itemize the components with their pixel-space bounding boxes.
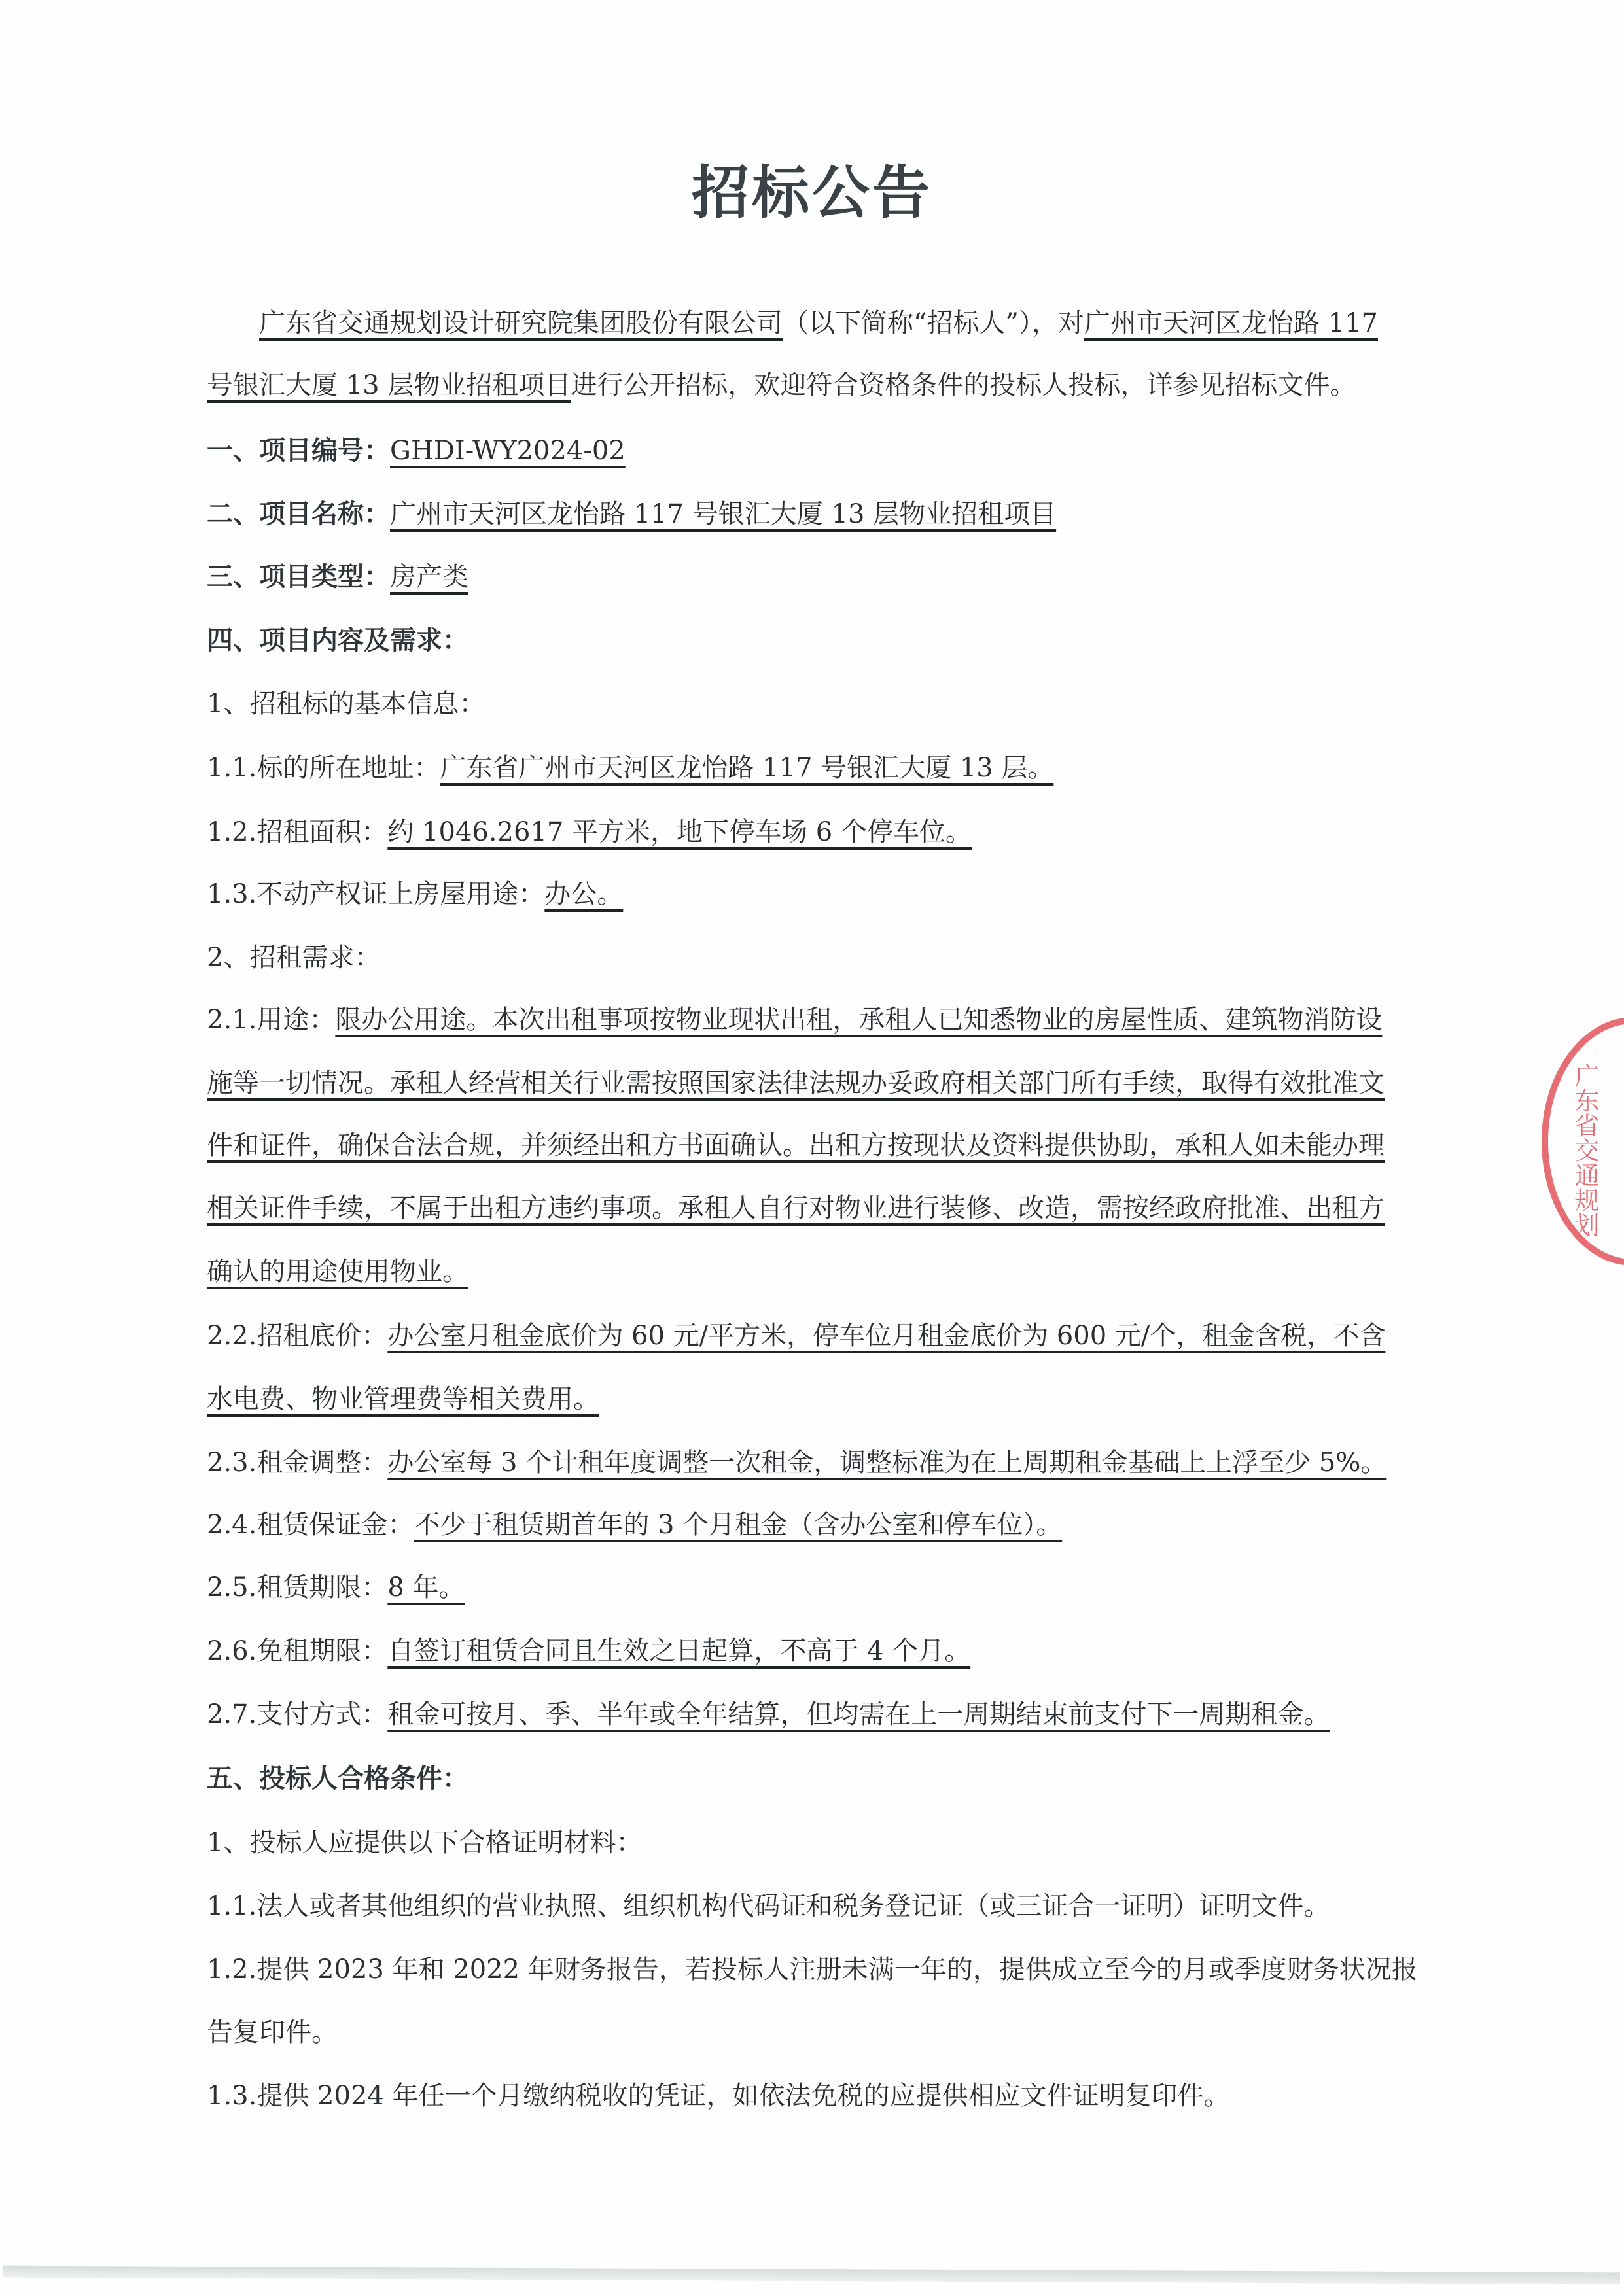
req-usage-line-5: 确认的用途使用物业。 [207,1256,468,1287]
req-payment-method: 2.7.支付方式：租金可按月、季、半年或全年结算，但均需在上一周期结束前支付下一… [207,1699,1330,1730]
req-label: 2.5.租赁期限： [207,1573,387,1603]
section-project-number: 一、项目编号：GHDI-WY2024-02 [207,435,626,466]
req-usage-line-1: 2.1.用途：限办公用途。本次出租事项按物业现状出租，承租人已知悉物业的房屋性质… [207,1004,1382,1035]
info-value: 办公。 [544,879,623,909]
project-location: 广州市天河区龙怡路 117 [1084,308,1378,338]
req-label: 2.1.用途： [207,1005,335,1035]
section-label: 一、项目编号： [207,436,390,466]
page-title: 招标公告 [0,147,1624,230]
req-value: 办公室月租金底价为 60 元/平方米，停车位月租金底价为 600 元/个，租金含… [387,1321,1385,1351]
section-content-requirements: 四、项目内容及需求： [207,625,468,656]
project-name: 广州市天河区龙怡路 117 号银汇大厦 13 层物业招租项目 [390,499,1056,529]
qualification-2-line-1: 1.2.提供 2023 年和 2022 年财务报告，若投标人注册未满一年的，提供… [207,1954,1418,1985]
info-value: 约 1046.2617 平方米，地下停车场 6 个停车位。 [387,817,972,847]
tenderer-name: 广东省交通规划设计研究院集团股份有限公司 [259,308,783,338]
req-value: 8 年。 [387,1573,465,1603]
project-type: 房产类 [390,562,468,592]
intro-text-cont: 进行公开招标，欢迎符合资格条件的投标人投标，详参见招标文件。 [571,370,1356,400]
req-value: 自签订租赁合同且生效之日起算，不高于 4 个月。 [387,1636,970,1666]
req-deposit: 2.4.租赁保证金：不少于租赁期首年的 3 个月租金（含办公室和停车位）。 [207,1509,1062,1540]
req-value: 限办公用途。本次出租事项按物业现状出租，承租人已知悉物业的房屋性质、建筑物消防设 [335,1005,1382,1035]
project-number: GHDI-WY2024-02 [390,436,626,466]
req-label: 2.7.支付方式： [207,1699,387,1730]
section-label: 二、项目名称： [207,499,390,529]
req-reserve-price-line-2: 水电费、物业管理费等相关费用。 [207,1383,599,1415]
section-bidder-qualifications: 五、投标人合格条件： [207,1763,468,1794]
info-area: 1.2.招租面积：约 1046.2617 平方米，地下停车场 6 个停车位。 [207,816,972,848]
req-usage-line-4: 相关证件手续，不属于出租方违约事项。承租人自行对物业进行装修、改造，需按经政府批… [207,1192,1385,1224]
info-label: 1.3.不动产权证上房屋用途： [207,879,544,909]
req-lease-term: 2.5.租赁期限：8 年。 [207,1572,465,1603]
intro-line-2: 号银汇大厦 13 层物业招租项目进行公开招标，欢迎符合资格条件的投标人投标，详参… [207,370,1356,401]
info-usage: 1.3.不动产权证上房屋用途：办公。 [207,878,623,910]
req-label: 2.6.免租期限： [207,1636,387,1666]
req-rent-free: 2.6.免租期限：自签订租赁合同且生效之日起算，不高于 4 个月。 [207,1635,970,1667]
document-page: 招标公告 广东省交通规划设计研究院集团股份有限公司（以下简称“招标人”），对广州… [0,0,1624,2296]
qualification-1: 1.1.法人或者其他组织的营业执照、组织机构代码证和税务登记证（或三证合一证明）… [207,1890,1330,1922]
basic-info-heading: 1、招租标的基本信息： [207,688,485,720]
qualification-2-line-2: 告复印件。 [207,2017,338,2048]
req-usage-line-3: 件和证件，确保合法合规，并须经出租方书面确认。出租方按现状及资料提供协助，承租人… [207,1130,1385,1161]
req-usage-line-2: 施等一切情况。承租人经营相关行业需按照国家法律法规办妥政府相关部门所有手续，取得… [207,1068,1385,1099]
req-label: 2.2.招租底价： [207,1321,387,1351]
section-project-type: 三、项目类型：房产类 [207,561,468,593]
intro-line-1: 广东省交通规划设计研究院集团股份有限公司（以下简称“招标人”），对广州市天河区龙… [259,307,1378,339]
seal-text: 广东省交通规划 [1568,1063,1602,1237]
section-label: 三、项目类型： [207,562,390,592]
info-label: 1.2.招租面积： [207,817,387,847]
info-label: 1.1.标的所在地址： [207,753,440,783]
info-address: 1.1.标的所在地址：广东省广州市天河区龙怡路 117 号银汇大厦 13 层。 [207,752,1053,784]
qualification-3: 1.3.提供 2024 年任一个月缴纳税收的凭证，如依法免税的应提供相应文件证明… [207,2080,1230,2112]
intro-text: （以下简称“招标人”），对 [783,308,1084,338]
req-value: 租金可按月、季、半年或全年结算，但均需在上一周期结束前支付下一周期租金。 [387,1699,1330,1730]
info-value: 广东省广州市天河区龙怡路 117 号银汇大厦 13 层。 [440,753,1053,783]
project-location-cont: 号银汇大厦 13 层物业招租项目 [207,370,571,400]
section-project-name: 二、项目名称：广州市天河区龙怡路 117 号银汇大厦 13 层物业招租项目 [207,498,1056,530]
req-rent-adjustment: 2.3.租金调整：办公室每 3 个计租年度调整一次租金，调整标准为在上周期租金基… [207,1447,1386,1478]
company-seal-stamp: 广东省交通规划 [1542,1017,1624,1266]
req-reserve-price-line-1: 2.2.招租底价：办公室月租金底价为 60 元/平方米，停车位月租金底价为 60… [207,1320,1385,1351]
req-value: 办公室每 3 个计租年度调整一次租金，调整标准为在上周期租金基础上上浮至少 5%… [387,1448,1386,1478]
page-bottom-edge [3,2266,1620,2285]
req-label: 2.4.租赁保证金： [207,1510,414,1540]
requirements-heading: 2、招租需求： [207,942,380,973]
req-label: 2.3.租金调整： [207,1448,387,1478]
qualifications-heading: 1、投标人应提供以下合格证明材料： [207,1827,642,1858]
req-value: 不少于租赁期首年的 3 个月租金（含办公室和停车位）。 [414,1510,1062,1540]
